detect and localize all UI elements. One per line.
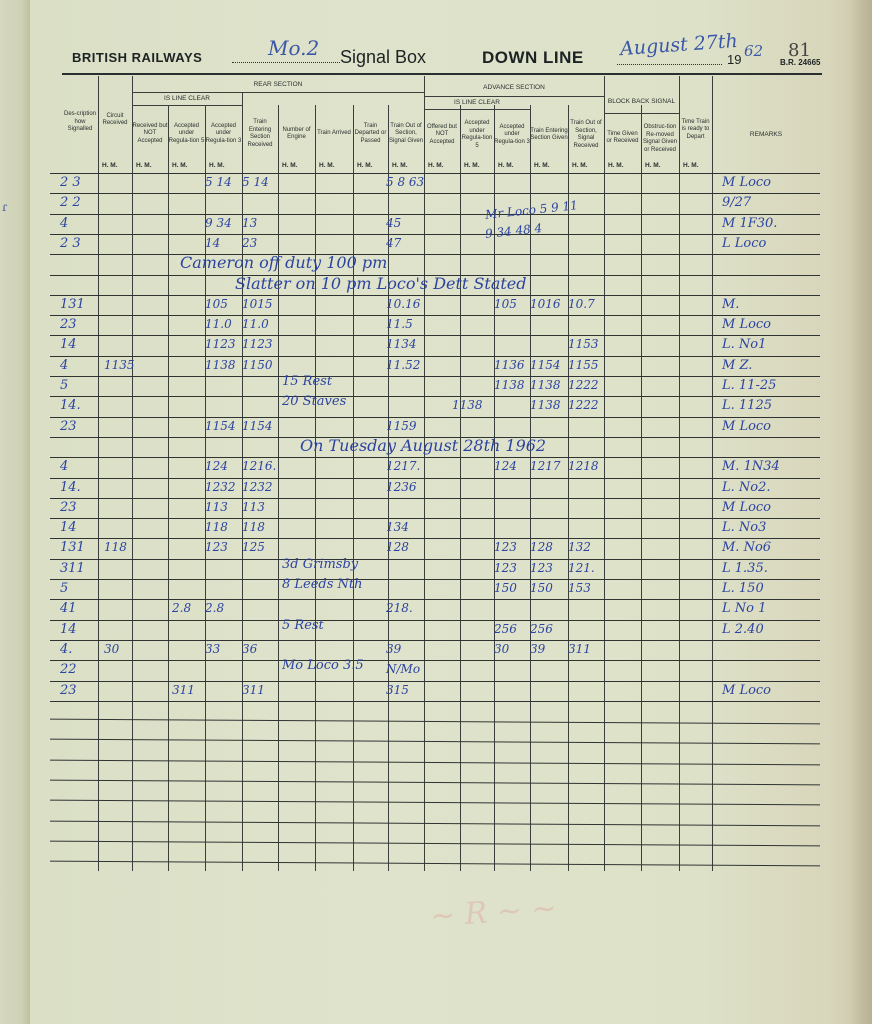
hours-minutes-label: H. M.	[608, 162, 624, 169]
entry-a-tes: 1138	[530, 398, 561, 412]
hours-minutes-label: H. M.	[428, 162, 444, 169]
advance-section-header: ADVANCE SECTION	[424, 82, 604, 94]
entry-engine-note: 15 Rest	[282, 374, 332, 389]
entry-remark: L. No1	[722, 337, 766, 352]
entry-a-acc3: 256	[494, 622, 517, 636]
entry-remark: M 1F30.	[722, 216, 777, 231]
entry-tos: 1217.	[386, 459, 420, 473]
column-divider	[679, 76, 680, 871]
entry-desc: 23	[60, 500, 77, 515]
col-rear-4: Number of Engine	[278, 110, 315, 158]
column-divider	[424, 76, 425, 871]
entry-desc: 23	[60, 317, 77, 332]
row-rule	[50, 579, 820, 580]
col-adv-3: Train Entering Section Given	[530, 112, 568, 158]
col-rear-1: Accepted under Regula-tion 5	[168, 110, 205, 158]
col-description: Des-cription how Signalled	[62, 100, 98, 145]
entry-engine-note: 20 Staves	[282, 394, 346, 409]
entry-acc3: 105	[205, 297, 228, 311]
entry-tos: 39	[386, 642, 401, 656]
column-divider	[604, 76, 605, 871]
col-rear-5: Train Arrived	[315, 110, 353, 158]
entry-a-acc3: 124	[494, 459, 517, 473]
column-divider	[530, 105, 531, 871]
column-divider	[315, 105, 316, 871]
entry-desc: 14.	[60, 398, 81, 413]
entry-tes: 13	[242, 216, 257, 230]
hours-minutes-label: H. M.	[136, 162, 152, 169]
page-header: BRITISH RAILWAYS Mo.2 Signal Box DOWN LI…	[72, 36, 822, 76]
column-divider	[278, 105, 279, 871]
row-rule	[50, 660, 820, 661]
organisation-title: BRITISH RAILWAYS	[72, 50, 202, 65]
entry-a-tes: 1016	[530, 297, 561, 311]
entry-a-tes: 150	[530, 581, 553, 595]
entry-tes: 311	[242, 683, 265, 697]
row-rule	[50, 518, 820, 519]
row-rule	[50, 396, 820, 397]
entry-desc: 5	[60, 581, 68, 596]
entry-tos: 134	[386, 520, 409, 534]
row-rule	[50, 498, 820, 499]
entry-desc: 41	[60, 601, 77, 616]
entry-tos: 10.16	[386, 297, 420, 311]
entry-acc3: 5 14	[205, 175, 232, 189]
entry-remark: L No 1	[722, 601, 766, 616]
year-handwritten: 62	[744, 42, 763, 60]
entry-acc3: 9 34	[205, 216, 232, 230]
header-rule	[62, 73, 822, 75]
hours-minutes-label: H. M.	[645, 162, 661, 169]
entry-a-acc3: 123	[494, 561, 517, 575]
row-rule	[50, 640, 820, 641]
entry-acc3: 1154	[205, 419, 236, 433]
entry-a-tes: 128	[530, 540, 553, 554]
entry-a-tos: 1153	[568, 337, 599, 351]
entry-acc5: 311	[172, 683, 195, 697]
entry-a-tes: 39	[530, 642, 545, 656]
column-divider	[168, 105, 169, 871]
column-divider	[568, 105, 569, 871]
entry-desc: 131	[60, 540, 85, 555]
row-rule	[50, 193, 820, 194]
hours-minutes-label: H. M.	[357, 162, 373, 169]
entry-engine-note: 5 Rest	[282, 618, 324, 633]
entry-tes: 125	[242, 540, 265, 554]
row-rule	[50, 457, 820, 458]
signal-box-label: Signal Box	[340, 47, 426, 68]
entry-tes: 1232	[242, 480, 273, 494]
entry-acc3: 123	[205, 540, 228, 554]
entry-desc: 131	[60, 297, 85, 312]
col-adv-1: Accepted under Regula-tion 5	[460, 112, 494, 158]
row-rule	[50, 599, 820, 600]
entry-acc3: 1232	[205, 480, 236, 494]
entry-desc: 23	[60, 419, 77, 434]
entry-a-tes: 123	[530, 561, 553, 575]
col-remarks: REMARKS	[712, 100, 820, 170]
entry-a-acc3: 150	[494, 581, 517, 595]
entry-tos: 218.	[386, 601, 413, 615]
margin-mark: ɾ	[2, 200, 7, 214]
entry-remark: M Loco	[722, 419, 771, 434]
entry-desc: 5	[60, 378, 68, 393]
entry-tes: 113	[242, 500, 265, 514]
row-rule	[50, 356, 820, 357]
entry-desc: 4	[60, 358, 68, 373]
entry-acc3: 124	[205, 459, 228, 473]
entry-a-acc3: 123	[494, 540, 517, 554]
entry-circuit: 30	[104, 642, 119, 656]
row-rule	[50, 417, 820, 418]
entry-a-acc3: 1138	[494, 378, 525, 392]
entry-tos: 1134	[386, 337, 417, 351]
entry-desc: 23	[60, 683, 77, 698]
entry-remark: M Loco	[722, 683, 771, 698]
entry-acc3: 11.0	[205, 317, 232, 331]
entry-tes: 1123	[242, 337, 273, 351]
entry-a-tes: 256	[530, 622, 553, 636]
row-rule	[50, 173, 820, 174]
entry-acc3: 118	[205, 520, 228, 534]
entry-engine-note: 8 Leeds Nth	[282, 577, 363, 592]
entry-acc3: 33	[205, 642, 220, 656]
entry-desc: 2 3	[60, 175, 81, 190]
entry-a-acc3: 1136	[494, 358, 525, 372]
box-name-handwritten: Mo.2	[268, 36, 319, 60]
entry-a-acc3: 105	[494, 297, 517, 311]
col-rear-2: Accepted under Regula-tion 3	[205, 110, 242, 158]
hours-minutes-label: H. M.	[172, 162, 188, 169]
row-rule	[50, 376, 820, 377]
entry-tos: 5 8 63	[386, 175, 424, 189]
hours-minutes-label: H. M.	[392, 162, 408, 169]
col-rear-7: Train Out of Section, Signal Given	[388, 110, 424, 158]
entry-remark: M Z.	[722, 358, 752, 373]
column-divider	[353, 105, 354, 871]
column-divider	[712, 76, 713, 871]
block-back-header: BLOCK BACK SIGNAL	[604, 92, 679, 112]
col-circuit: Circuit Received	[98, 105, 132, 135]
entry-desc: 14	[60, 337, 77, 352]
hours-minutes-label: H. M.	[464, 162, 480, 169]
entry-desc: 2 2	[60, 195, 81, 210]
entry-remark: L 2.40	[722, 622, 764, 637]
year-prefix: 19	[727, 52, 741, 67]
entry-tos: 45	[386, 216, 401, 230]
row-rule	[50, 214, 820, 215]
hours-minutes-label: H. M.	[102, 162, 118, 169]
entry-a-tos: 311	[568, 642, 591, 656]
entry-remark: L. 150	[722, 581, 764, 596]
entry-tes: 1150	[242, 358, 273, 372]
column-divider	[460, 105, 461, 871]
row-rule	[50, 538, 820, 539]
entry-engine-note: Mo Loco 3.5	[282, 658, 364, 673]
entry-tos: 1159	[386, 419, 417, 433]
entry-a-tos: 121.	[568, 561, 595, 575]
hours-minutes-label: H. M.	[282, 162, 298, 169]
entry-a-offered: 1138	[452, 398, 483, 412]
entry-remark: L. No2.	[722, 480, 771, 495]
entry-tos: 11.5	[386, 317, 413, 331]
entry-remark: M. 1N34	[722, 459, 780, 474]
entry-desc: 14	[60, 520, 77, 535]
row-rule	[50, 315, 820, 316]
entry-desc: 14	[60, 622, 77, 637]
entry-acc3: 113	[205, 500, 228, 514]
column-divider	[641, 105, 642, 871]
entry-remark: M Loco	[722, 500, 771, 515]
entry-a-tes: 1217	[530, 459, 561, 473]
entry-remark: M.	[722, 297, 739, 312]
entry-circuit: 1135	[104, 358, 135, 372]
hours-minutes-label: H. M.	[498, 162, 514, 169]
entry-tos: 11.52	[386, 358, 420, 372]
hours-minutes-label: H. M.	[209, 162, 225, 169]
form-number: B.R. 24665	[780, 58, 820, 67]
entry-remark: L. 11-25	[722, 378, 776, 393]
entry-tes: 36	[242, 642, 257, 656]
handwritten-note: Slatter on 10 pm Loco's Dett Stated	[235, 274, 527, 293]
adv-lineclear-rule	[424, 109, 530, 110]
entry-a-tos: 1222	[568, 378, 599, 392]
entry-remark: L Loco	[722, 236, 766, 251]
entry-remark: L 1.35.	[722, 561, 768, 576]
entry-desc: 4.	[60, 642, 72, 657]
entry-circuit: 118	[104, 540, 127, 554]
row-rule	[50, 478, 820, 479]
entry-acc5: 2.8	[172, 601, 191, 615]
entry-desc: 2 3	[60, 236, 81, 251]
entry-remark: L. No3	[722, 520, 766, 535]
col-blockback-removed: Obstruc-tion Re-moved Signal Given or Re…	[641, 114, 679, 164]
row-rule	[50, 701, 820, 702]
entry-engine-note: 3d Grimsby	[282, 557, 358, 572]
entry-a-tos: 1155	[568, 358, 599, 372]
hours-minutes-label: H. M.	[572, 162, 588, 169]
col-blockback-given: Time Given or Received	[604, 116, 641, 160]
entry-acc3: 1123	[205, 337, 236, 351]
col-ready-to-depart: Time Train is ready to Depart	[679, 100, 712, 160]
book-gutter	[0, 0, 30, 1024]
entry-tes: 1154	[242, 419, 273, 433]
entry-tes: 118	[242, 520, 265, 534]
row-rule	[50, 234, 820, 235]
row-rule	[50, 295, 820, 296]
col-adv-2: Accepted under Regula-tion 3	[494, 112, 530, 158]
row-rule	[50, 681, 820, 682]
entry-a-tos: 1218	[568, 459, 599, 473]
col-rear-0: Received but NOT Accepted	[132, 110, 168, 158]
entry-remark: L. 1125	[722, 398, 772, 413]
entry-tes: 1216.	[242, 459, 276, 473]
hours-minutes-label: H. M.	[319, 162, 335, 169]
entry-a-tos: 1222	[568, 398, 599, 412]
row-rule	[50, 620, 820, 621]
col-adv-0: Offered but NOT Accepted	[424, 112, 460, 158]
entry-a-tos: 132	[568, 540, 591, 554]
col-adv-4: Train Out of Section, Signal Received	[568, 112, 604, 158]
entry-tos: 1236	[386, 480, 417, 494]
rear-section-header: REAR SECTION	[132, 79, 424, 91]
entry-desc: 22	[60, 662, 77, 677]
entry-a-tes: 1138	[530, 378, 561, 392]
entry-tos: 315	[386, 683, 409, 697]
entry-desc: 4	[60, 459, 68, 474]
page-edge	[850, 0, 872, 1024]
line-label: DOWN LINE	[482, 48, 584, 68]
entry-tes: 1015	[242, 297, 273, 311]
hours-minutes-label: H. M.	[534, 162, 550, 169]
entry-a-tos: 10.7	[568, 297, 595, 311]
entry-remark: M Loco	[722, 175, 771, 190]
entry-tos: 47	[386, 236, 401, 250]
entry-remark: M Loco	[722, 317, 771, 332]
hours-minutes-label: H. M.	[683, 162, 699, 169]
row-rule	[50, 559, 820, 560]
handwritten-note: Cameron off duty 100 pm	[180, 253, 387, 272]
entry-desc: 311	[60, 561, 85, 576]
entry-tes: 23	[242, 236, 257, 250]
entry-tes: 11.0	[242, 317, 269, 331]
adv-is-line-clear: IS LINE CLEAR	[424, 97, 530, 109]
rear-is-line-clear: IS LINE CLEAR	[132, 93, 242, 105]
column-divider	[98, 76, 99, 871]
handwritten-note: On Tuesday August 28th 1962	[300, 436, 546, 455]
entry-a-acc3: 30	[494, 642, 509, 656]
col-rear-6: Train Departed or Passed	[353, 110, 388, 158]
col-rear-3: Train Entering Section Received	[242, 110, 278, 158]
entry-acc3: 14	[205, 236, 220, 250]
column-divider	[132, 76, 133, 871]
entry-acc3: 2.8	[205, 601, 224, 615]
entry-a-tos: 153	[568, 581, 591, 595]
group-divider	[242, 93, 243, 105]
entry-remark: 9/27	[722, 195, 751, 210]
row-rule	[50, 335, 820, 336]
entry-remark: M. No6	[722, 540, 771, 555]
row-rule	[50, 254, 820, 255]
entry-tes: 5 14	[242, 175, 269, 189]
entry-a-tes: 1154	[530, 358, 561, 372]
rear-lineclear-rule	[132, 105, 242, 106]
entry-acc3: 1138	[205, 358, 236, 372]
entry-tos: N/Mo	[386, 662, 420, 676]
entry-tos: 128	[386, 540, 409, 554]
entry-desc: 4	[60, 216, 68, 231]
entry-desc: 14.	[60, 480, 81, 495]
